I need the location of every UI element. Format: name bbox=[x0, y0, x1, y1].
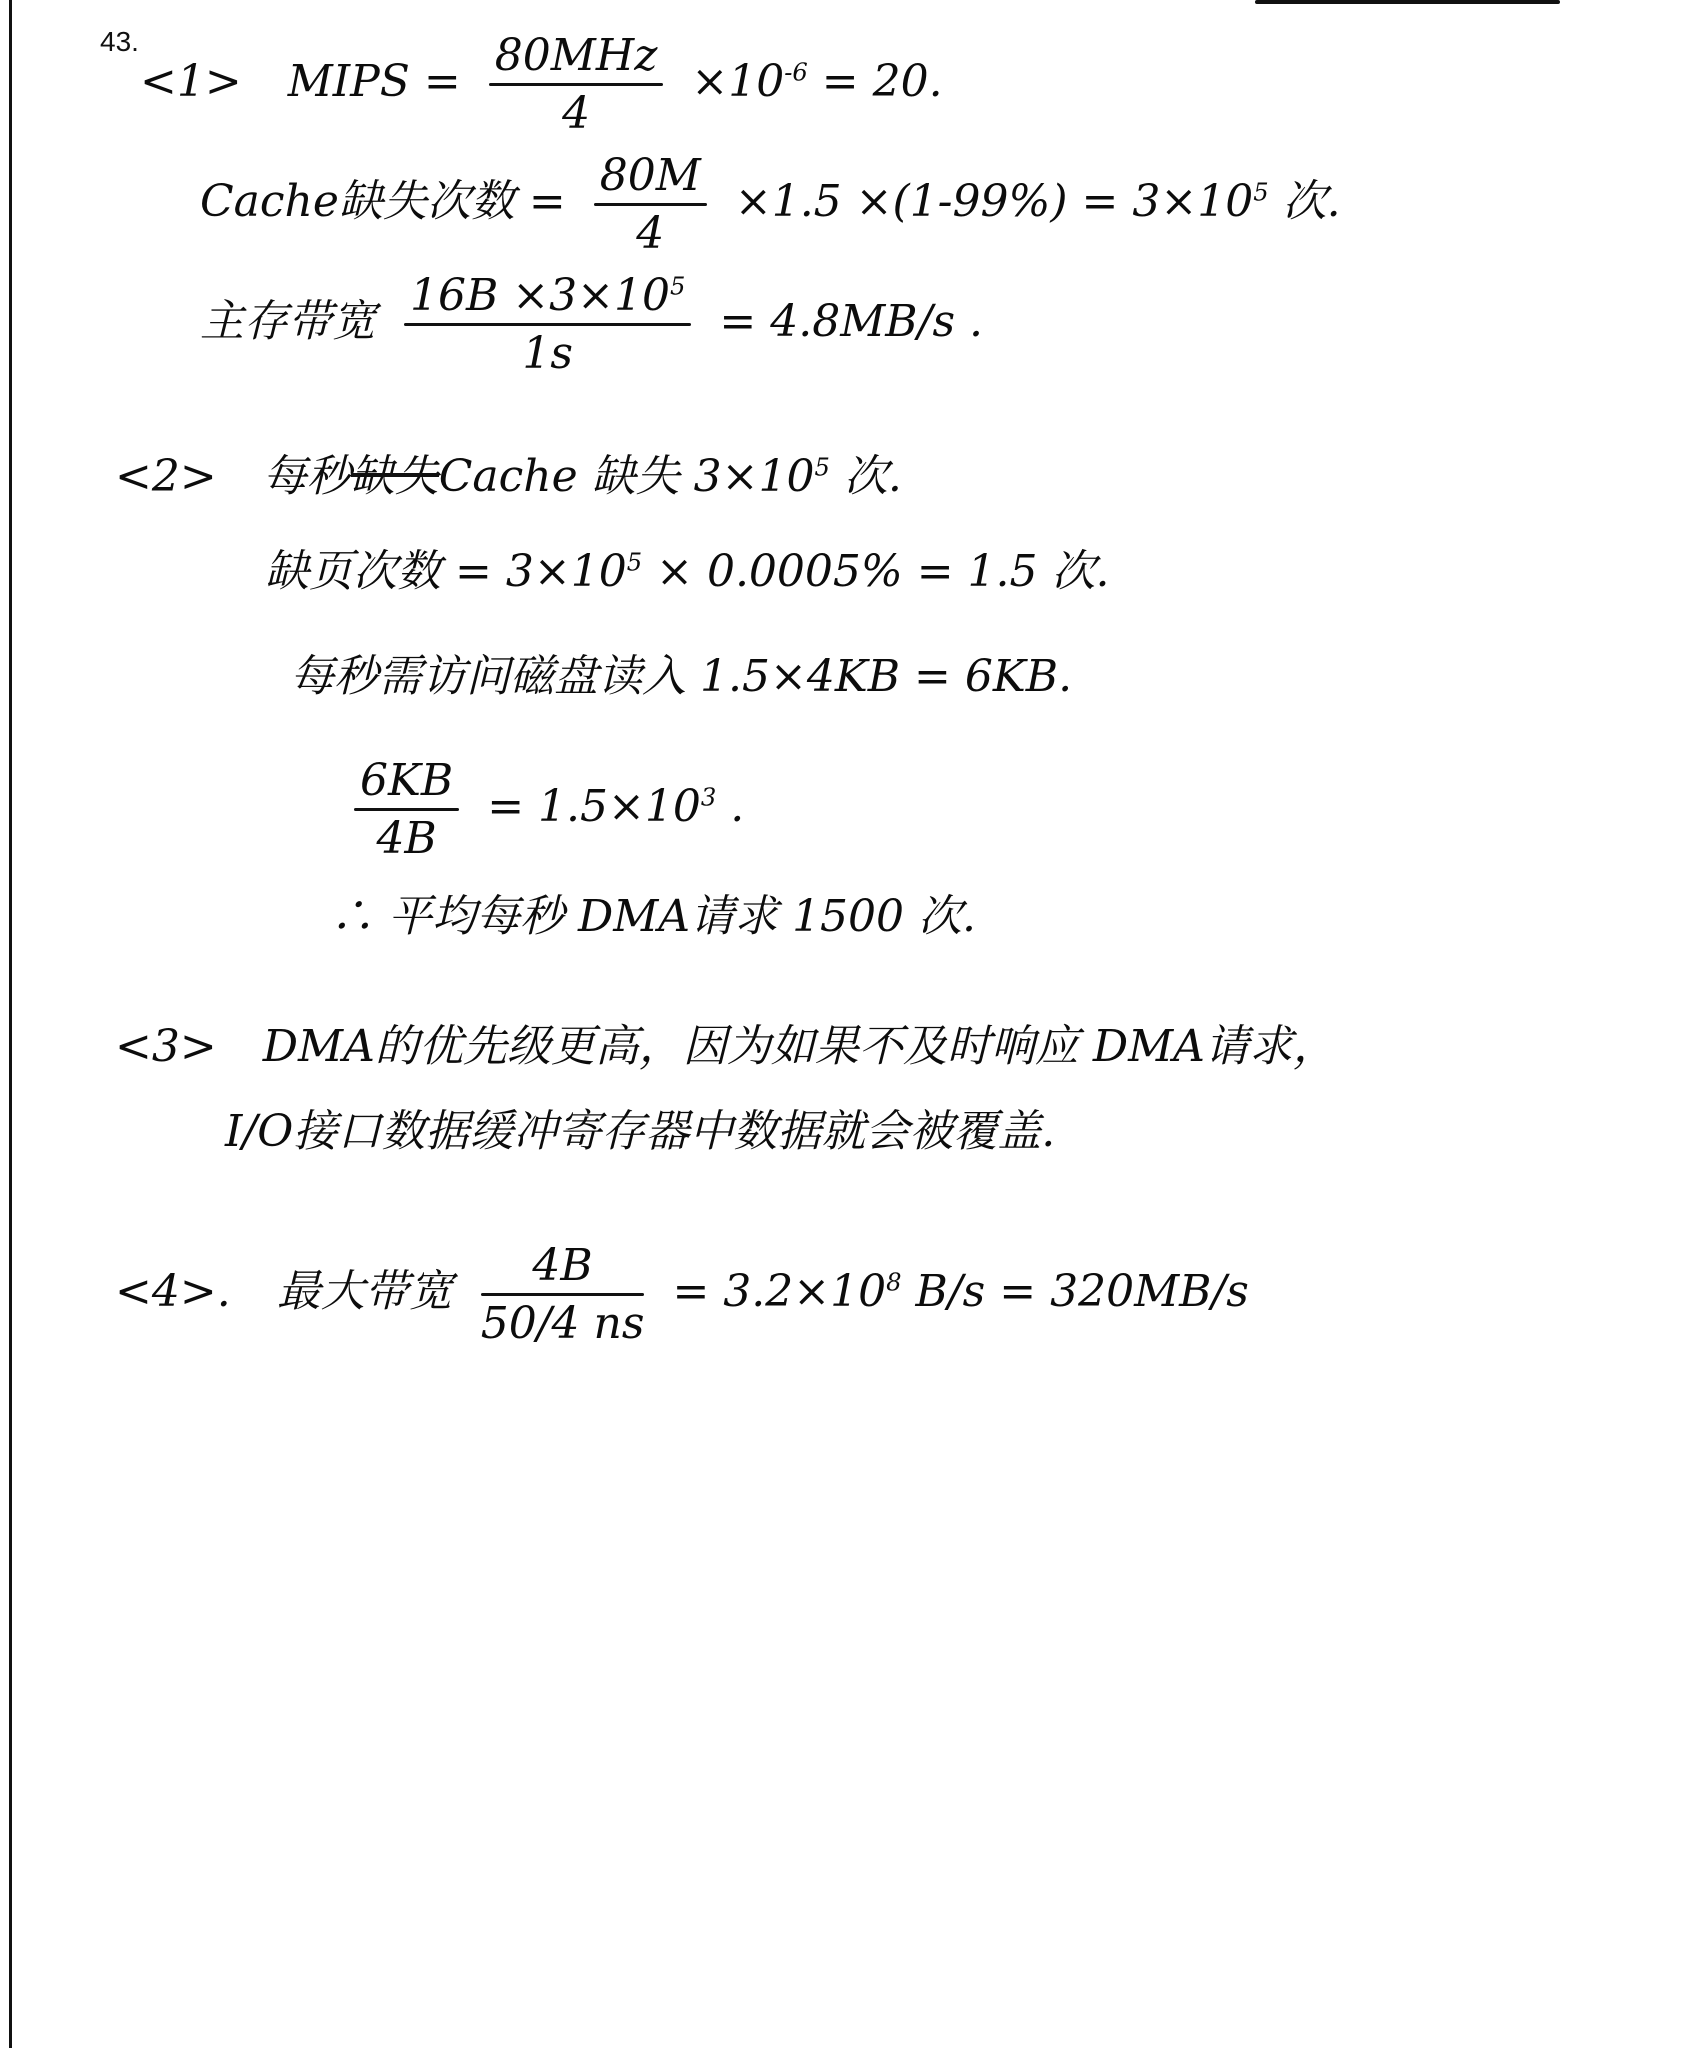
part1-bandwidth-line: 主存带宽 16B ×3×105 1s = 4.8MB/s . bbox=[200, 270, 983, 379]
part2-line3: 每秒需访问磁盘读入 1.5×4KB = 6KB. bbox=[290, 640, 1072, 704]
part2-line1-rest: Cache 缺失 3×10 bbox=[439, 451, 815, 502]
mips-exp: -6 bbox=[784, 58, 808, 86]
struck-out-text: 缺失 bbox=[351, 440, 439, 504]
mips-denominator: 4 bbox=[562, 88, 590, 139]
dma-numerator: 6KB bbox=[354, 755, 459, 806]
part2-line1-suffix: 次. bbox=[844, 451, 902, 502]
mips-fraction: 80MHz 4 bbox=[489, 30, 664, 139]
cache-miss-denominator: 4 bbox=[636, 208, 664, 259]
cache-miss-fraction: 80M 4 bbox=[594, 150, 707, 259]
part1-cache-miss-line: Cache缺失次数 = 80M 4 ×1.5 ×(1-99%) = 3×105 … bbox=[200, 150, 1341, 259]
cache-miss-exp: 5 bbox=[1253, 178, 1268, 206]
bandwidth-num-exp: 5 bbox=[670, 272, 685, 300]
bandwidth-numerator: 16B ×3×10 bbox=[410, 270, 670, 321]
mips-numerator: 80MHz bbox=[489, 30, 664, 81]
fraction-bar bbox=[354, 808, 459, 811]
part4-exp: 8 bbox=[886, 1268, 901, 1296]
fraction-bar bbox=[594, 203, 707, 206]
part3-line1-text: DMA的优先级更高，因为如果不及时响应 DMA请求， bbox=[263, 1021, 1337, 1072]
part2-line1-exp: 5 bbox=[814, 453, 829, 481]
fraction-bar bbox=[404, 323, 691, 326]
part2-line1-prefix: 每秒 bbox=[263, 451, 351, 502]
part4-line: <4>. 最大带宽 4B 50/4 ns = 3.2×108 B/s = 320… bbox=[115, 1240, 1249, 1349]
cache-miss-rest: ×1.5 ×(1-99%) = 3×10 bbox=[735, 176, 1253, 227]
part2-line5: ∴ 平均每秒 DMA请求 1500 次. bbox=[330, 880, 976, 944]
cache-miss-numerator: 80M bbox=[594, 150, 707, 201]
page-fault-count-lhs: 缺页次数 = 3×10 bbox=[265, 546, 627, 597]
part3-line1: <3> DMA的优先级更高，因为如果不及时响应 DMA请求， bbox=[115, 1010, 1337, 1074]
part2-label: <2> bbox=[115, 451, 217, 502]
part2-line4-exp: 3 bbox=[701, 783, 716, 811]
max-bandwidth-denominator: 50/4 ns bbox=[481, 1298, 645, 1349]
mips-rest: ×10 bbox=[691, 56, 784, 107]
bandwidth-denominator: 1s bbox=[522, 328, 573, 379]
max-bandwidth-numerator: 4B bbox=[526, 1240, 598, 1291]
dma-denominator: 4B bbox=[376, 813, 436, 864]
part4-label: <4>. bbox=[115, 1266, 231, 1317]
question-number: 43. bbox=[100, 26, 139, 58]
part3-label: <3> bbox=[115, 1021, 217, 1072]
part4-rest: = 3.2×10 bbox=[672, 1266, 886, 1317]
bandwidth-result: = 4.8MB/s . bbox=[719, 296, 983, 347]
page-fault-count-rest: × 0.0005% = 1.5 次. bbox=[656, 546, 1109, 597]
fraction-bar bbox=[489, 83, 664, 86]
part2-line2: 缺页次数 = 3×105 × 0.0005% = 1.5 次. bbox=[265, 535, 1110, 599]
part1-label: <1> bbox=[140, 56, 242, 107]
bandwidth-fraction: 16B ×3×105 1s bbox=[404, 270, 691, 379]
part4-lhs: 最大带宽 bbox=[277, 1266, 453, 1317]
max-bandwidth-fraction: 4B 50/4 ns bbox=[481, 1240, 645, 1349]
cache-miss-result: 次. bbox=[1283, 176, 1341, 227]
part4-rest2: B/s = 320MB/s bbox=[916, 1266, 1249, 1317]
part2-line4-suffix: . bbox=[730, 781, 744, 832]
part2-line1: <2> 每秒缺失Cache 缺失 3×105 次. bbox=[115, 440, 902, 504]
part2-line2-exp: 5 bbox=[627, 548, 642, 576]
cache-miss-lhs: Cache缺失次数 = bbox=[200, 176, 566, 227]
part3-line2: I/O接口数据缓冲寄存器中数据就会被覆盖. bbox=[225, 1095, 1055, 1159]
fraction-bar bbox=[481, 1293, 645, 1296]
part2-line4: 6KB 4B = 1.5×103 . bbox=[340, 755, 744, 864]
part1-mips-line: <1> MIPS = 80MHz 4 ×10-6 = 20. bbox=[140, 30, 943, 139]
mips-lhs: MIPS = bbox=[288, 56, 461, 107]
page-left-border bbox=[9, 0, 12, 2048]
dma-fraction: 6KB 4B bbox=[354, 755, 459, 864]
part2-line4-rest: = 1.5×10 bbox=[487, 781, 701, 832]
bandwidth-lhs: 主存带宽 bbox=[200, 296, 376, 347]
top-rule-line bbox=[1255, 0, 1560, 4]
mips-result: = 20. bbox=[822, 56, 943, 107]
